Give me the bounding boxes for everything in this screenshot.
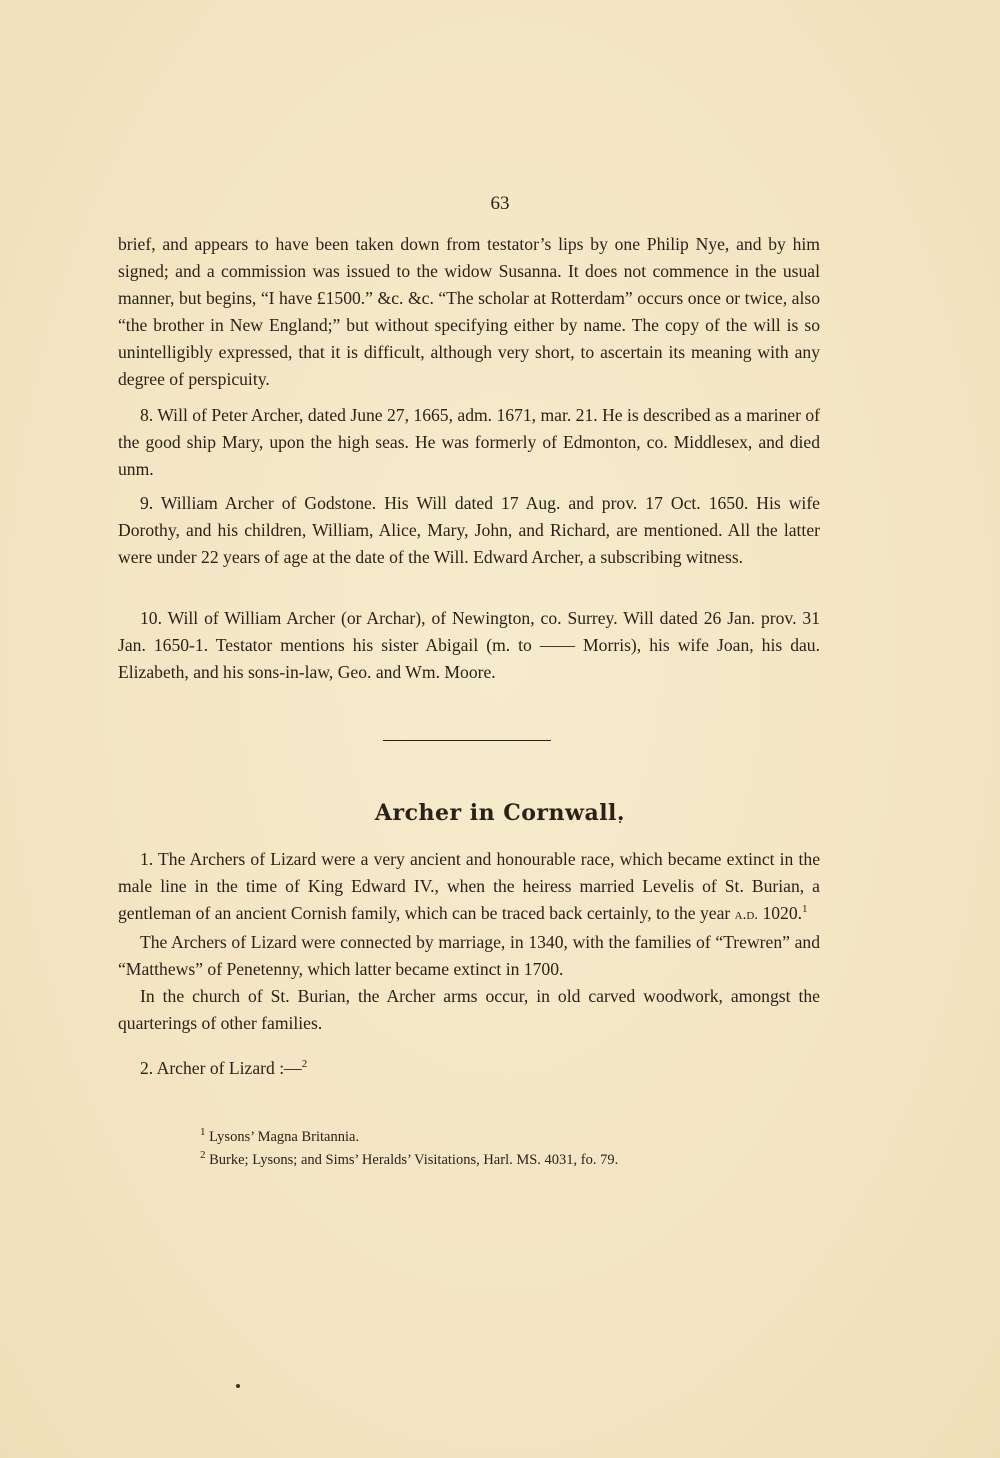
stray-mark: . [618,810,622,828]
year: 1020. [758,903,802,923]
footnote-text: Burke; Lysons; and Sims’ Heralds’ Visita… [206,1152,619,1168]
era-abbrev: a.d. [735,907,758,923]
section-heading: Archer in Cornwall. [0,800,1000,826]
will-entry-10: 10. Will of William Archer (or Archar), … [118,605,820,686]
footnote-2: 2 Burke; Lysons; and Sims’ Heralds’ Visi… [200,1149,820,1172]
paragraph: 8. Will of Peter Archer, dated June 27, … [118,402,820,483]
book-page: 63 brief, and appears to have been taken… [0,0,1000,1458]
paragraph-text: 2. Archer of Lizard :— [140,1058,302,1078]
paper-blemish [236,1384,240,1388]
will-entry-8: 8. Will of Peter Archer, dated June 27, … [118,402,820,483]
paragraph-3: In the church of St. Burian, the Archer … [118,983,820,1037]
paragraph: brief, and appears to have been taken do… [118,231,820,393]
paragraph-2: The Archers of Lizard were connected by … [118,929,820,983]
paragraph-text: 1. The Archers of Lizard were a very anc… [118,849,820,923]
paragraph: 10. Will of William Archer (or Archar), … [118,605,820,686]
paragraph: 9. William Archer of Godstone. His Will … [118,490,820,571]
paragraph-4: 2. Archer of Lizard :—2 [118,1055,820,1082]
cornwall-section: 1. The Archers of Lizard were a very anc… [118,846,820,1082]
will-entry-9: 9. William Archer of Godstone. His Will … [118,490,820,571]
footnotes: 1 Lysons’ Magna Britannia. 2 Burke; Lyso… [200,1126,820,1172]
section-divider [383,740,551,741]
footnote-ref[interactable]: 1 [802,903,808,915]
page-number: 63 [0,193,1000,215]
footnote-1: 1 Lysons’ Magna Britannia. [200,1126,820,1149]
continued-paragraph: brief, and appears to have been taken do… [118,231,820,393]
footnote-text: Lysons’ Magna Britannia. [206,1129,360,1145]
paragraph-1: 1. The Archers of Lizard were a very anc… [118,846,820,929]
footnote-ref[interactable]: 2 [302,1058,308,1070]
